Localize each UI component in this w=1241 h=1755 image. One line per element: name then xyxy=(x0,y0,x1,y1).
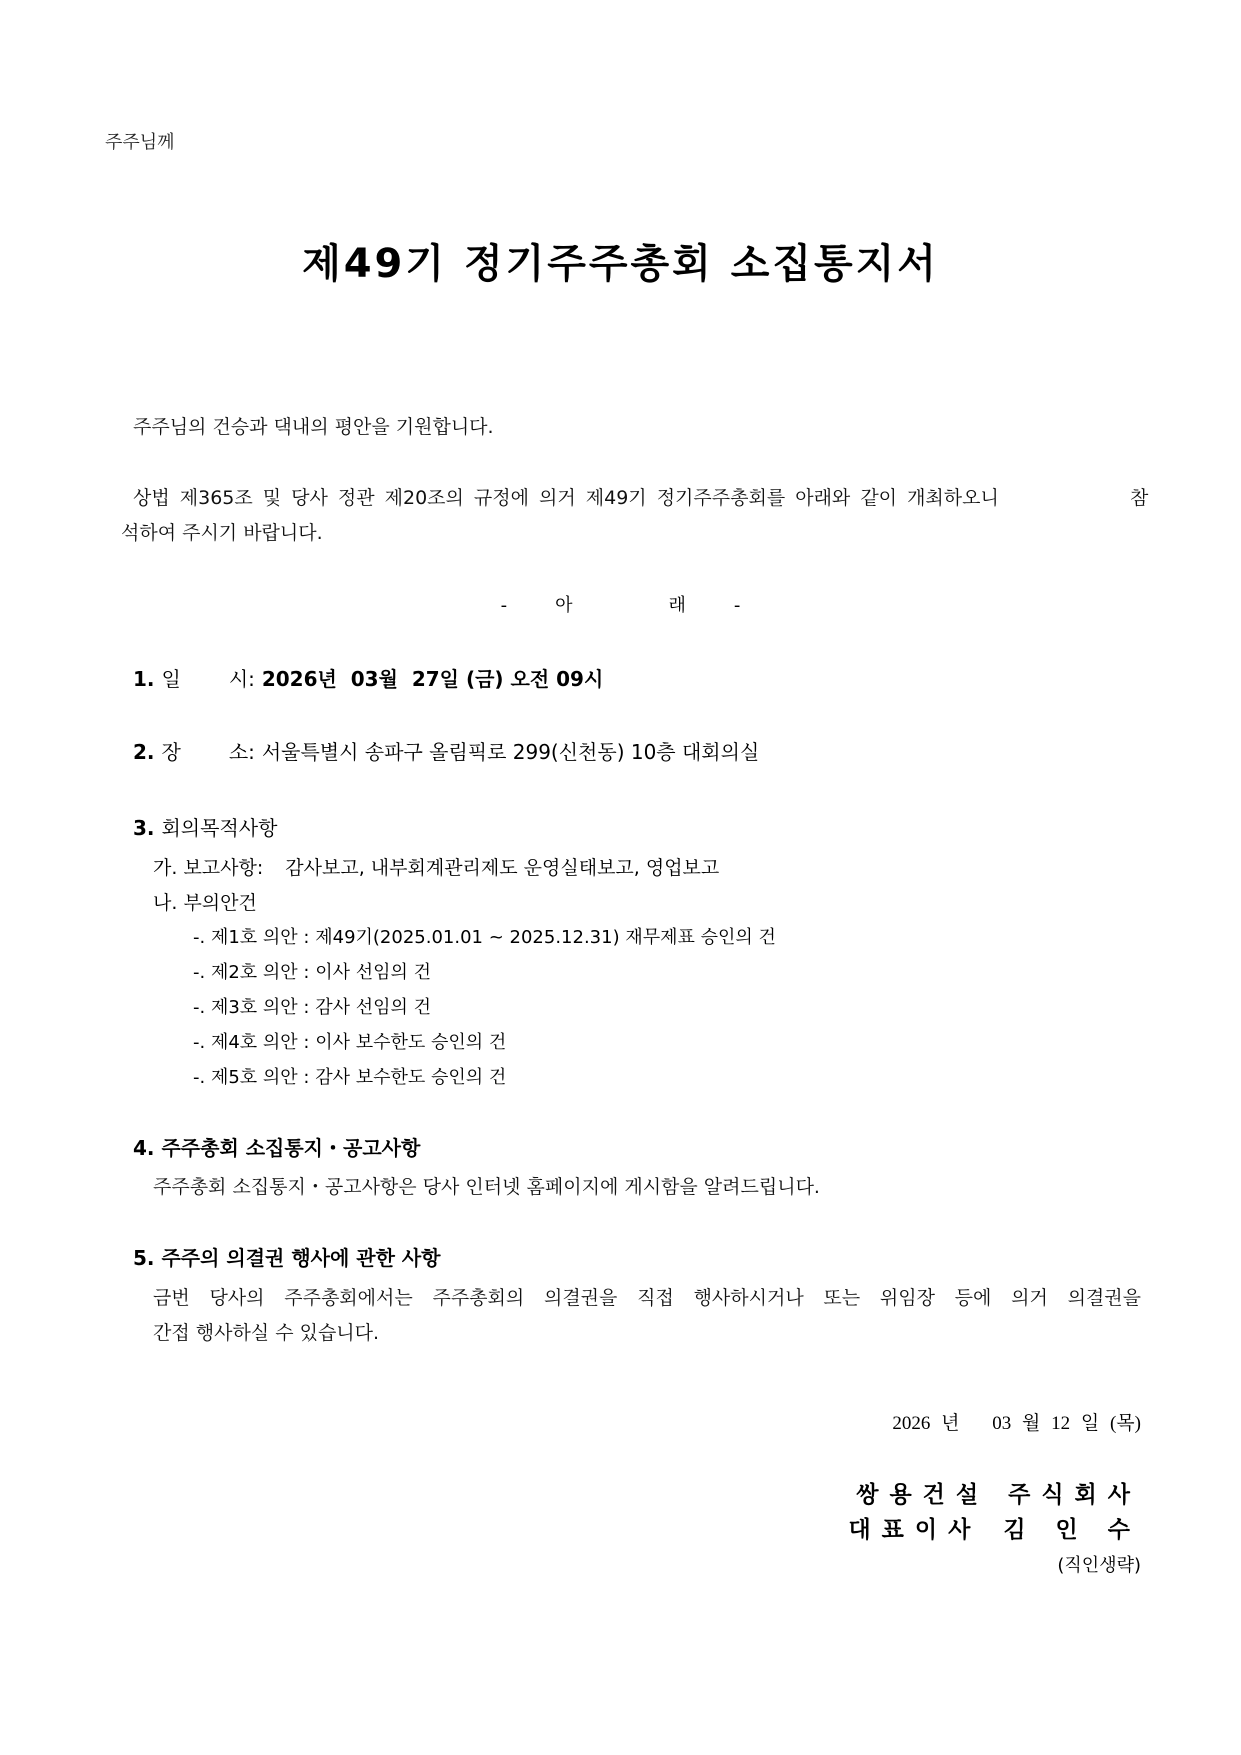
below-dash-left: - xyxy=(501,595,508,616)
notice-body: 주주총회 소집통지・공고사항은 당사 인터넷 홈페이지에 게시함을 알려드립니다… xyxy=(153,1172,820,1199)
section-datetime: 1. 일시: 2026년 03월 27일 (금) 오전 09시 xyxy=(133,663,603,692)
representative-name: 김 인 수 xyxy=(1003,1517,1141,1543)
document-title: 제49기 정기주주총회 소집통지서 xyxy=(0,232,1241,289)
resolution-marker: 나. xyxy=(153,892,177,914)
agenda-number: 제4호 의안 xyxy=(211,1032,298,1053)
agenda-number: 제2호 의안 xyxy=(211,962,298,983)
section-heading: 회의목적사항 xyxy=(161,816,277,840)
representative: 대표이사김 인 수 xyxy=(848,1511,1141,1544)
agenda-bullet: -. xyxy=(193,1032,205,1053)
agenda-item: -. 제5호 의안 : 감사 보수한도 승인의 건 xyxy=(193,1063,506,1089)
agenda-text: 감사 선임의 건 xyxy=(315,997,431,1018)
intro-line-1: 상법 제365조 및 당사 정관 제20조의 규정에 의거 제49기 정기주주총… xyxy=(133,483,999,510)
agenda-separator: : xyxy=(303,927,309,948)
section-heading: 주주총회 소집통지・공고사항 xyxy=(161,1136,420,1160)
agenda-item: -. 제4호 의안 : 이사 보수한도 승인의 건 xyxy=(193,1028,506,1054)
agenda-bullet: -. xyxy=(193,927,205,948)
section-venue: 2. 장소: 서울특별시 송파구 올림픽로 299(신천동) 10층 대회의실 xyxy=(133,736,759,765)
meeting-datetime: 2026년 03월 27일 (금) 오전 09시 xyxy=(262,667,603,691)
below-char-2: 래 xyxy=(669,591,686,617)
agenda-text: 제49기(2025.01.01 ~ 2025.12.31) 재무제표 승인의 건 xyxy=(315,927,776,948)
agenda-text: 이사 선임의 건 xyxy=(315,962,431,983)
date-month: 03 xyxy=(992,1413,1011,1434)
date-month-unit: 월 xyxy=(1022,1413,1040,1434)
agenda-separator: : xyxy=(303,1032,309,1053)
resolution-label: 부의안건 xyxy=(183,892,256,914)
section-agenda-heading: 3. 회의목적사항 xyxy=(133,812,277,841)
voting-body-line-1: 금번 당사의 주주총회에서는 주주총회의 의결권을 직접 행사하시거나 또는 위… xyxy=(153,1283,1141,1310)
report-label: 보고사항: xyxy=(183,857,263,879)
resolution-heading: 나. 부의안건 xyxy=(153,888,257,915)
agenda-number: 제3호 의안 xyxy=(211,997,298,1018)
meeting-venue: 서울특별시 송파구 올림픽로 299(신천동) 10층 대회의실 xyxy=(262,740,759,764)
agenda-bullet: -. xyxy=(193,1067,205,1088)
voting-body-line-2: 간접 행사하실 수 있습니다. xyxy=(153,1318,379,1345)
below-char-1: 아 xyxy=(555,591,572,617)
company-name: 쌍용건설 주식회사 xyxy=(856,1476,1141,1509)
intro-line-2: 석하여 주시기 바랍니다. xyxy=(121,518,323,545)
section-label-a: 장 xyxy=(161,740,180,764)
agenda-bullet: -. xyxy=(193,997,205,1018)
seal-note: (직인생략) xyxy=(1057,1551,1141,1577)
section-number: 1. xyxy=(133,667,155,691)
section-number: 5. xyxy=(133,1246,155,1270)
section-heading: 주주의 의결권 행사에 관한 사항 xyxy=(161,1246,440,1270)
issue-date: 2026 년 03 월 12 일 (목) xyxy=(892,1408,1141,1435)
agenda-separator: : xyxy=(303,1067,309,1088)
intro-line-1-end: 참 xyxy=(1130,483,1148,510)
agenda-separator: : xyxy=(303,962,309,983)
date-day-unit: 일 xyxy=(1081,1413,1099,1434)
report-marker: 가. xyxy=(153,857,177,879)
section-label-b: 시: xyxy=(229,667,255,691)
report-items: 가. 보고사항:감사보고, 내부회계관리제도 운영실태보고, 영업보고 xyxy=(153,853,719,880)
greeting-text: 주주님의 건승과 댁내의 평안을 기원합니다. xyxy=(133,412,494,439)
below-dash-right: - xyxy=(734,595,741,616)
agenda-bullet: -. xyxy=(193,962,205,983)
agenda-text: 이사 보수한도 승인의 건 xyxy=(315,1032,506,1053)
agenda-item: -. 제3호 의안 : 감사 선임의 건 xyxy=(193,993,431,1019)
section-number: 2. xyxy=(133,740,155,764)
report-value: 감사보고, 내부회계관리제도 운영실태보고, 영업보고 xyxy=(285,857,719,879)
section-voting-heading: 5. 주주의 의결권 행사에 관한 사항 xyxy=(133,1242,441,1271)
date-day: 12 xyxy=(1051,1413,1070,1434)
agenda-text: 감사 보수한도 승인의 건 xyxy=(315,1067,506,1088)
section-number: 3. xyxy=(133,816,155,840)
agenda-number: 제1호 의안 xyxy=(211,927,298,948)
agenda-number: 제5호 의안 xyxy=(211,1067,298,1088)
agenda-item: -. 제2호 의안 : 이사 선임의 건 xyxy=(193,958,431,984)
agenda-item: -. 제1호 의안 : 제49기(2025.01.01 ~ 2025.12.31… xyxy=(193,923,776,949)
date-year: 2026 xyxy=(892,1413,930,1434)
agenda-separator: : xyxy=(303,997,309,1018)
date-year-unit: 년 xyxy=(941,1413,959,1434)
below-mark: -아래- xyxy=(0,591,1241,617)
section-label-b: 소: xyxy=(229,740,255,764)
salutation: 주주님께 xyxy=(105,128,175,154)
representative-title: 대표이사 xyxy=(848,1517,981,1543)
section-label-a: 일 xyxy=(161,667,180,691)
section-notice-heading: 4. 주주총회 소집통지・공고사항 xyxy=(133,1132,420,1161)
date-weekday: (목) xyxy=(1110,1413,1141,1434)
section-number: 4. xyxy=(133,1136,155,1160)
